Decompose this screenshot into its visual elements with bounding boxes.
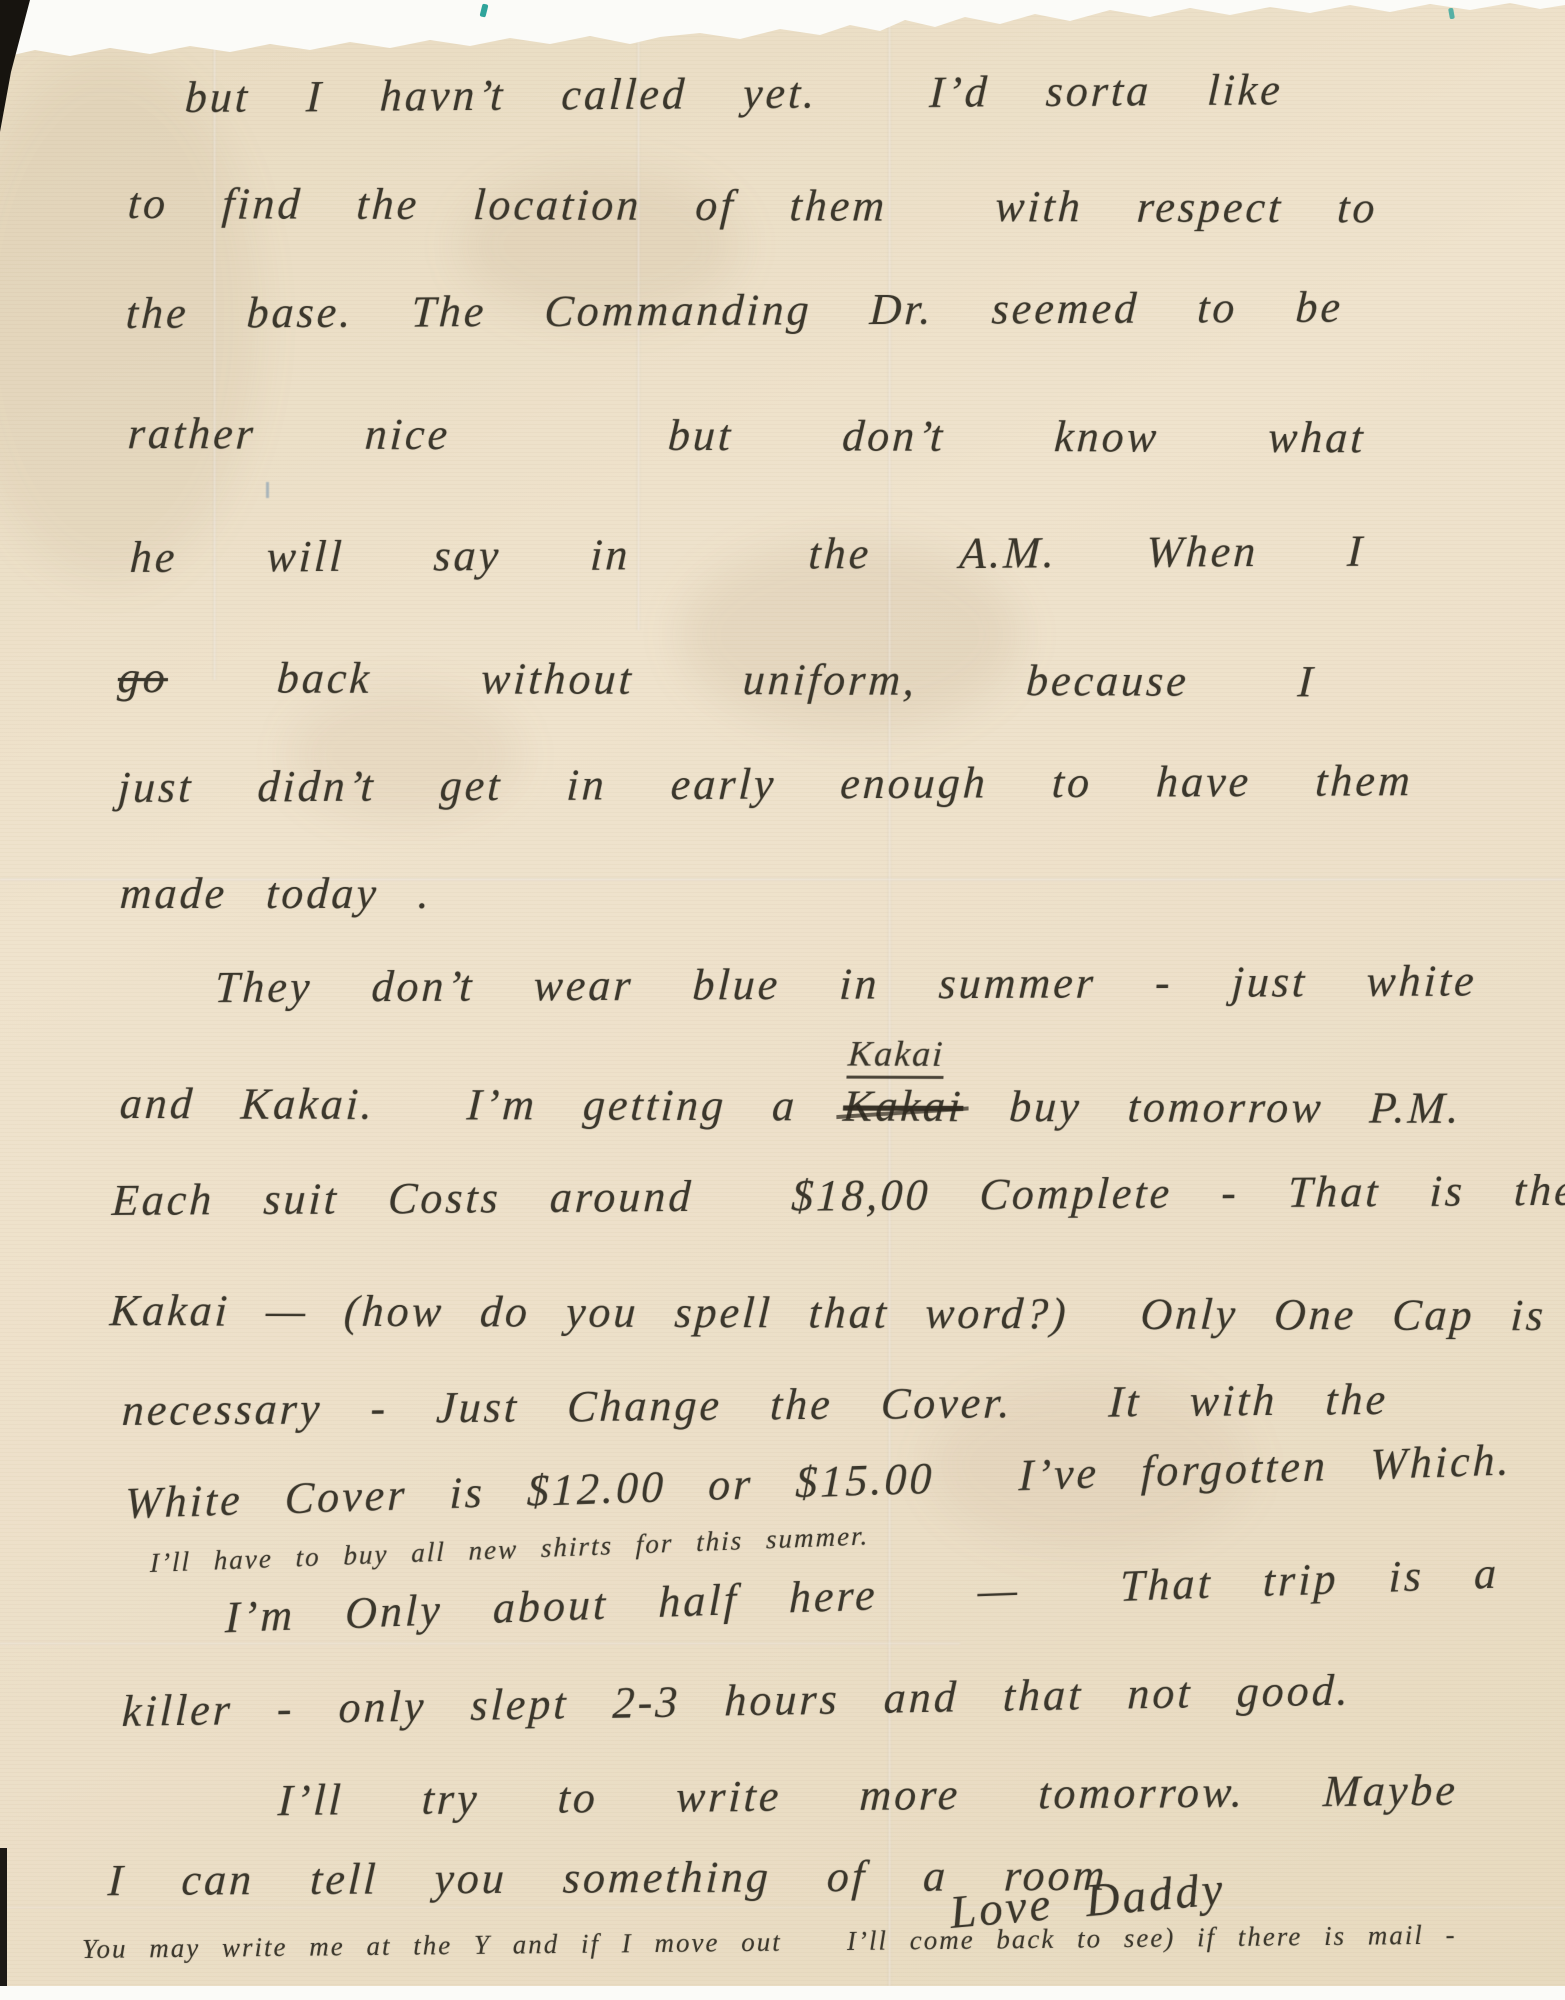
- postscript-line: You may write me at the Y and if I move …: [82, 1920, 1457, 1965]
- letter-line-5: he will say in the A.M. When I: [129, 526, 1366, 583]
- fold-crease-horizontal: [0, 1642, 960, 1645]
- letter-line-6: go back without uniform, because I: [117, 652, 1317, 707]
- letter-line-14: White Cover is $12.00 or $15.00 I’ve for…: [124, 1435, 1512, 1529]
- letter-line-18: I’ll try to write more tomorrow. Maybe: [277, 1765, 1459, 1826]
- struck-word: go: [117, 653, 170, 702]
- letter-line-4: rather nice but don’t know what: [127, 408, 1368, 463]
- pencil-mark: [266, 482, 269, 498]
- inserted-word-above: Kakai: [847, 1033, 946, 1079]
- scribbled-out-word: Kakai: [842, 1081, 965, 1132]
- letter-line-12: Kakai — (how do you spell that word?) On…: [109, 1285, 1548, 1341]
- letter-line-1: but I havn’t called yet. I’d sorta like: [184, 64, 1284, 123]
- fold-crease-vertical: [213, 40, 216, 680]
- scanner-background: { "document": { "ink_color": "#3b372c", …: [0, 0, 1565, 2000]
- ink-speck: [480, 3, 489, 17]
- corrected-word-group: KakaiKakai: [842, 1081, 965, 1132]
- letter-line-9: They don’t wear blue in summer - just wh…: [214, 955, 1478, 1013]
- letter-line-11: Each suit Costs around $18,00 Complete -…: [111, 1165, 1565, 1226]
- fold-crease-horizontal: [0, 1906, 1565, 1909]
- letter-line-2: to find the location of them with respec…: [127, 178, 1379, 233]
- letter-line-10: and Kakai. I’m getting a KakaiKakai buy …: [119, 1078, 1463, 1134]
- letter-line-17: killer - only slept 2-3 hours and that n…: [121, 1665, 1352, 1737]
- letter-line-7: just didn’t get in early enough to have …: [117, 755, 1414, 813]
- letter-paper: but I havn’t called yet. I’d sorta liket…: [0, 0, 1565, 1986]
- scanner-edge-artifact: [0, 1848, 7, 1986]
- letter-line-3: the base. The Commanding Dr. seemed to b…: [125, 282, 1345, 339]
- letter-line-8: made today .: [119, 868, 434, 919]
- letter-line-15: I’ll have to buy all new shirts for this…: [150, 1520, 870, 1579]
